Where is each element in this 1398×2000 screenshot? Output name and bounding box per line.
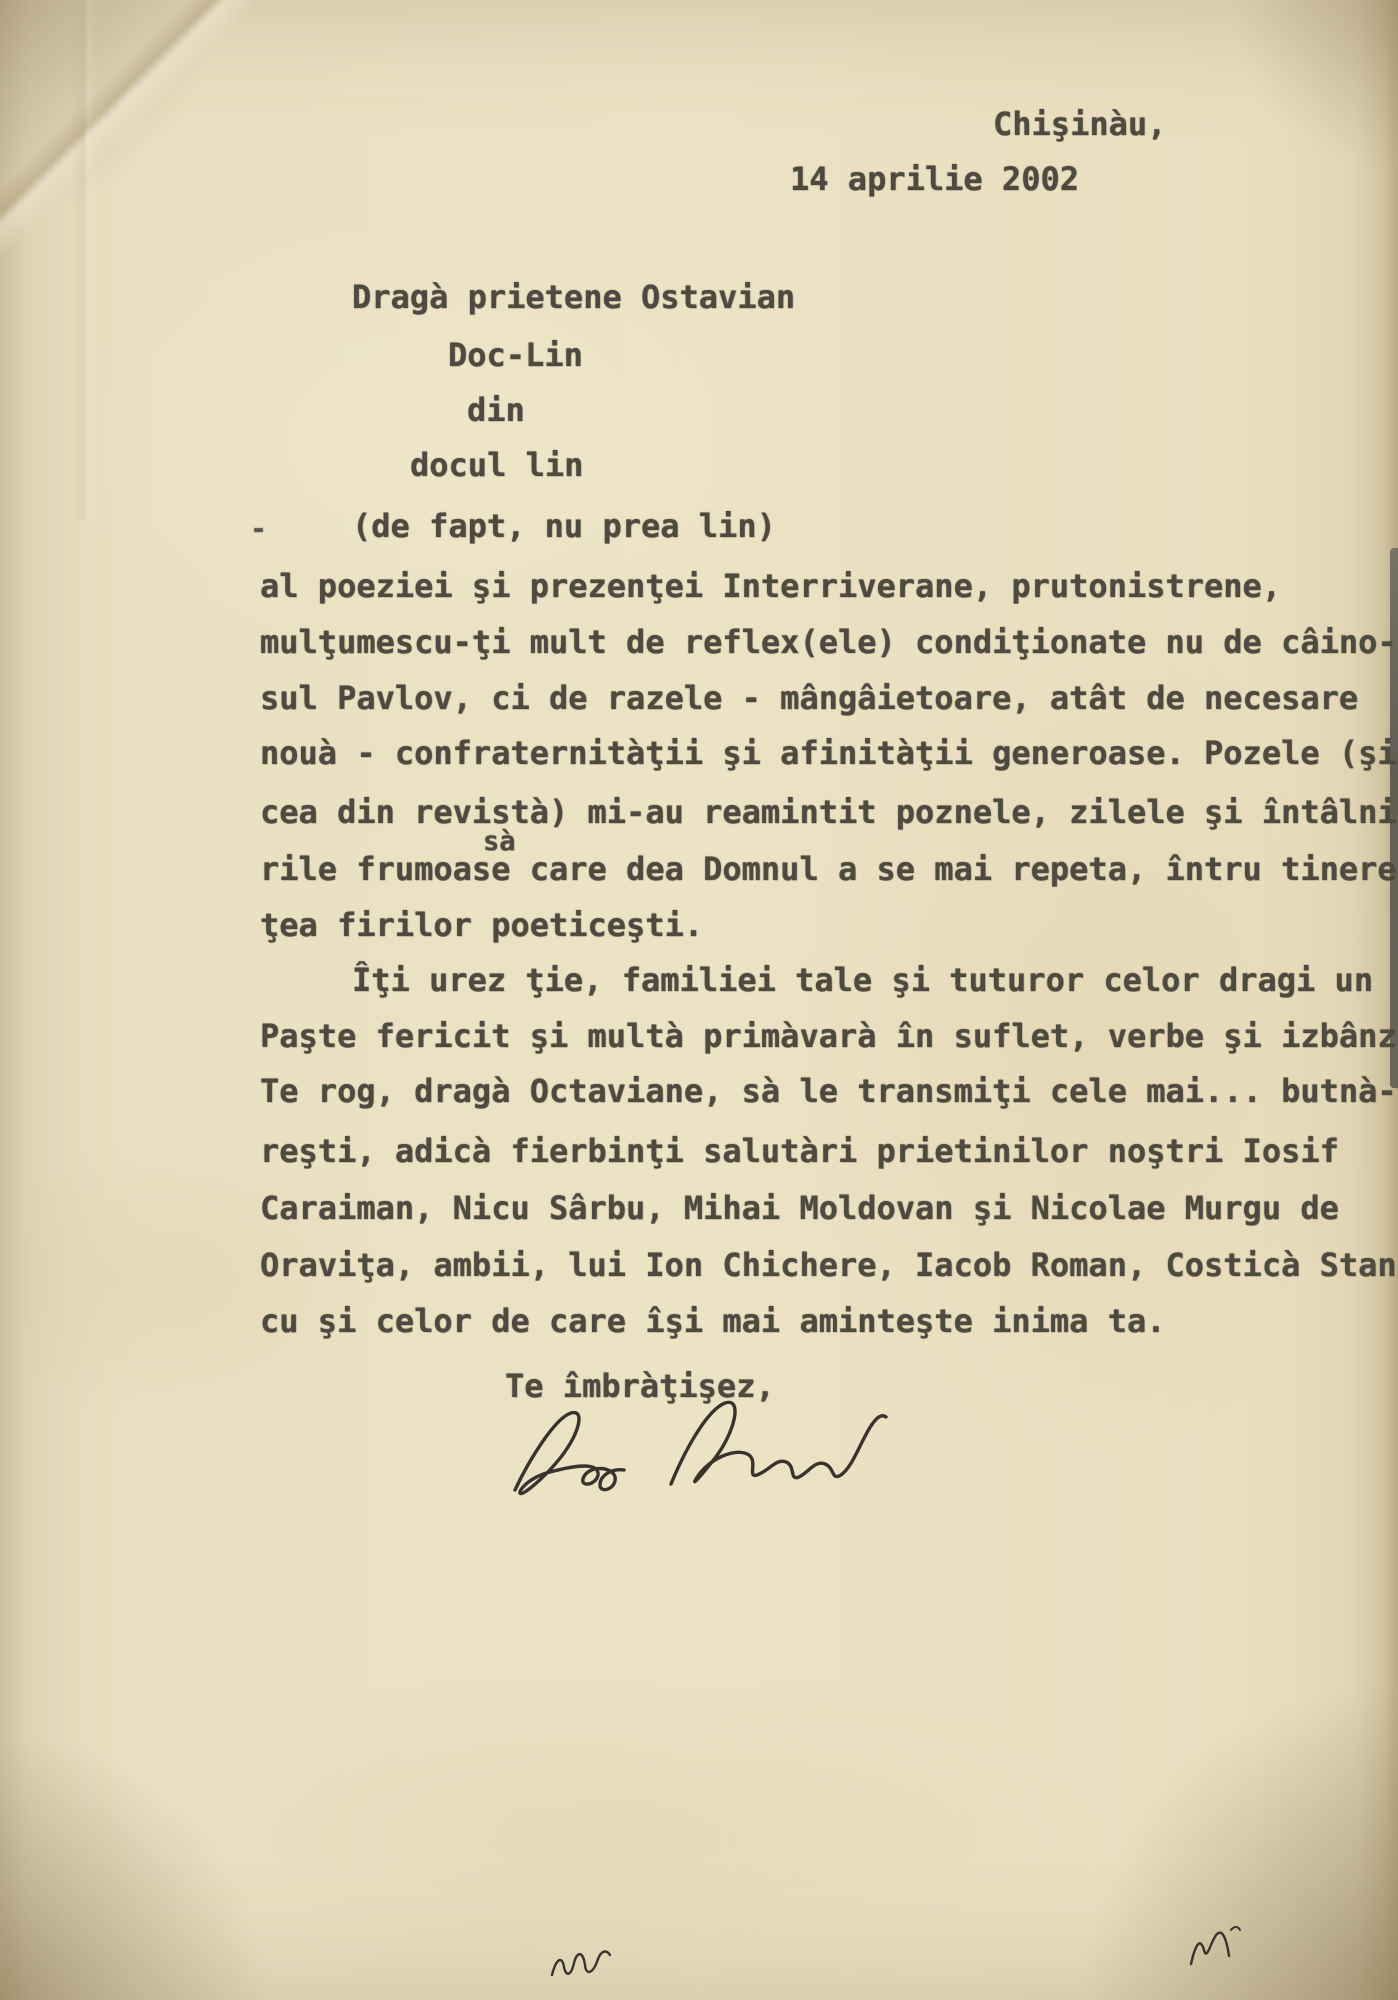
body-line: sul Pavlov, ci de razele - mângâietoare,… xyxy=(260,679,1358,717)
paper-crease-topleft xyxy=(0,0,280,280)
body-line: nouà - confraternitàţii şi afinitàţii ge… xyxy=(260,734,1397,772)
paper-crease-vertical xyxy=(70,0,100,520)
salutation-line-5: (de fapt, nu prea lin) xyxy=(352,507,776,545)
body-line: Oraviţa, ambii, lui Ion Chichere, Iacob … xyxy=(260,1246,1397,1284)
body-line: mulţumescu-ţi mult de reflex(ele) condiţ… xyxy=(260,623,1397,661)
handwritten-mark-right xyxy=(1185,1922,1247,1974)
scanned-letter-page: Chişinàu, 14 aprilie 2002 Dragà prietene… xyxy=(0,0,1398,2000)
body-line: cea din revistà) mi-au reamintit poznele… xyxy=(260,793,1397,831)
body-line: ţea firilor poeticeşti. xyxy=(260,906,703,944)
body-line: rile frumoase care dea Domnul a se mai r… xyxy=(260,850,1397,888)
handwritten-signature xyxy=(495,1388,905,1518)
salutation-line-3: din xyxy=(467,391,525,429)
salutation-line-1: Dragà prietene Ostavian xyxy=(352,278,795,316)
body-line: Paşte fericit şi multà primàvarà în sufl… xyxy=(260,1017,1397,1055)
salutation-line-2: Doc-Lin xyxy=(448,336,583,374)
body-line: Îţi urez ţie, familiei tale şi tuturor c… xyxy=(352,961,1373,999)
body-line: reşti, adicà fierbinţi salutàri prietini… xyxy=(260,1132,1339,1170)
body-line: cu şi celor de care îşi mai aminteşte in… xyxy=(260,1302,1165,1340)
body-line: Te rog, dragà Octaviane, sà le transmiţi… xyxy=(260,1072,1397,1110)
date-line: 14 aprilie 2002 xyxy=(790,160,1079,198)
salutation-line-4: docul lin xyxy=(410,446,583,484)
handwritten-mark-left xyxy=(548,1943,620,1987)
body-line: al poeziei şi prezenţei Interriverane, p… xyxy=(260,567,1281,605)
place-line: Chişinàu, xyxy=(993,105,1166,143)
stray-typed-dash: - xyxy=(250,512,267,545)
body-line: Caraiman, Nicu Sârbu, Mihai Moldovan şi … xyxy=(260,1189,1339,1227)
